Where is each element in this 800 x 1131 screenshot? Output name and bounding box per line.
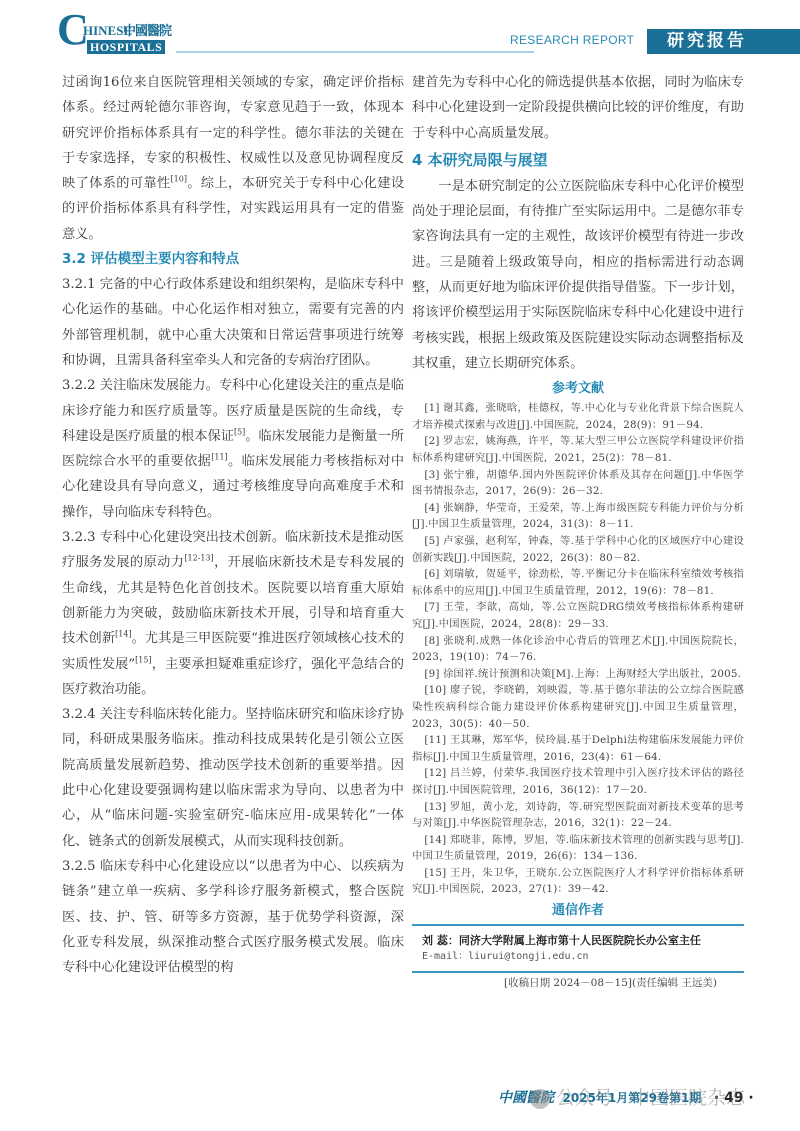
received-date: [收稿日期 2024－08－15](责任编辑 王远美): [412, 973, 744, 993]
corresponding-author-heading: 通信作者: [412, 901, 744, 921]
journal-logo: C HINESE 中國醫院 HOSPITALS: [57, 14, 175, 54]
reference-item: [11] 王其琳，郑军华，侯玲晨.基于Delphi法构建临床发展能力评价指标[J…: [412, 732, 744, 765]
logo-hospitals: HOSPITALS: [87, 40, 165, 54]
reference-item: [4] 张娴静，华莹奇，王爱荣，等.上海市级医院专科能力评价与分析[J].中国卫…: [412, 500, 744, 533]
reference-item: [10] 廖子锐，李晓鹤，刘映霞，等.基于德尔菲法的公立综合医院感染性疾病科综合…: [412, 682, 744, 732]
section-heading-3-2: 3.2 评估模型主要内容和特点: [62, 247, 404, 272]
page-header: C HINESE 中國醫院 HOSPITALS RESEARCH REPORT …: [0, 0, 800, 60]
reference-item: [14] 郑晓菲，陈博，罗旭，等.临床新技术管理的创新实践与思考[J].中国卫生…: [412, 832, 744, 865]
left-column: 过函询16位来自医院管理相关领域的专家，确定评价指标体系。经过两轮德尔菲咨询，专…: [62, 70, 404, 980]
reference-item: [6] 刘瑞敏，贺延平，徐劲松，等.平衡记分卡在临床科室绩效考核指标体系中的应用…: [412, 566, 744, 599]
reference-item: [15] 王丹，朱卫华，王晓东.公立医院医疗人才科学评价指标体系研究[J].中国…: [412, 865, 744, 898]
reference-item: [12] 吕兰婷，付荣华.我国医疗技术管理中引入医疗技术评估的路径探讨[J].中…: [412, 765, 744, 798]
paragraph-3-2-1: 3.2.1 完备的中心行政体系建设和组织架构，是临床专科中心化运作的基础。中心化…: [62, 272, 404, 373]
paragraph-3-2-5: 3.2.5 临床专科中心化建设应以“以患者为中心、以疾病为链条”建立单一疾病、多…: [62, 854, 404, 980]
references-heading: 参考文献: [412, 378, 744, 400]
section-label-cn: 研究报告: [647, 29, 800, 54]
wechat-icon: [530, 1089, 550, 1109]
reference-item: [8] 张晓利.成熟一体化诊治中心背后的管理艺术[J].中国医院院长，2023，…: [412, 633, 744, 666]
reference-item: [7] 王莹，李歆，高灿，等.公立医院DRG绩效考核指标体系构建研究[J].中国…: [412, 599, 744, 632]
reference-item: [13] 罗旭，黄小龙，刘诗韵，等.研究型医院面对新技术变革的思考与对策[J].…: [412, 799, 744, 832]
reference-item: [2] 罗志宏，姚海燕，许平，等.某大型三甲公立医院学科建设评价指标体系构建研究…: [412, 433, 744, 466]
reference-item: [5] 卢家强，赵利军，钟森，等.基于学科中心化的区域医疗中心建设创新实践[J]…: [412, 533, 744, 566]
right-column: 建首先为专科中心化的筛选提供基本依据，同时为临床专科中心化建设到一定阶段提供横向…: [412, 70, 744, 993]
corresponding-author-box: 刘 蕊：同济大学附属上海市第十人民医院院长办公室主任 E-mail：liurui…: [412, 924, 744, 973]
paragraph-4: 一是本研究制定的公立医院临床专科中心化评价模型尚处于理论层面，有待推广至实际运用…: [412, 174, 744, 376]
paragraph: 过函询16位来自医院管理相关领域的专家，确定评价指标体系。经过两轮德尔菲咨询，专…: [62, 70, 404, 247]
header-divider: [176, 51, 534, 53]
reference-item: [3] 张宁雅，胡德华.国内外医院评价体系及其存在问题[J].中华医学图书情报杂…: [412, 467, 744, 500]
paragraph-3-2-4: 3.2.4 关注专科临床转化能力。坚持临床研究和临床诊疗协同，科研成果服务临床。…: [62, 702, 404, 854]
reference-list: [1] 谢其鑫，张晓晗，桂德权，等.中心化与专业化背景下综合医院人才培养模式探索…: [412, 400, 744, 898]
section-heading-4: 4 本研究局限与展望: [412, 146, 744, 174]
logo-chinese-title: 中國醫院: [123, 20, 171, 39]
paragraph-3-2-3: 3.2.3 专科中心化建设突出技术创新。临床新技术是推动医疗服务发展的原动力[1…: [62, 525, 404, 702]
reference-item: [1] 谢其鑫，张晓晗，桂德权，等.中心化与专业化背景下综合医院人才培养模式探索…: [412, 400, 744, 433]
author-name: 刘 蕊：同济大学附属上海市第十人民医院院长办公室主任: [422, 932, 744, 949]
watermark: 公众号 · 中国医院杂志: [530, 1083, 745, 1110]
author-email[interactable]: E-mail：liurui@tongji.edu.cn: [422, 949, 744, 965]
reference-item: [9] 徐国祥.统计预测和决策[M].上海：上海财经大学出版社，2005.: [412, 666, 744, 683]
paragraph-3-2-2: 3.2.2 关注临床发展能力。专科中心化建设关注的重点是临床诊疗能力和医疗质量等…: [62, 373, 404, 525]
section-label-en: RESEARCH REPORT: [510, 33, 634, 47]
paragraph: 建首先为专科中心化的筛选提供基本依据，同时为临床专科中心化建设到一定阶段提供横向…: [412, 70, 744, 146]
